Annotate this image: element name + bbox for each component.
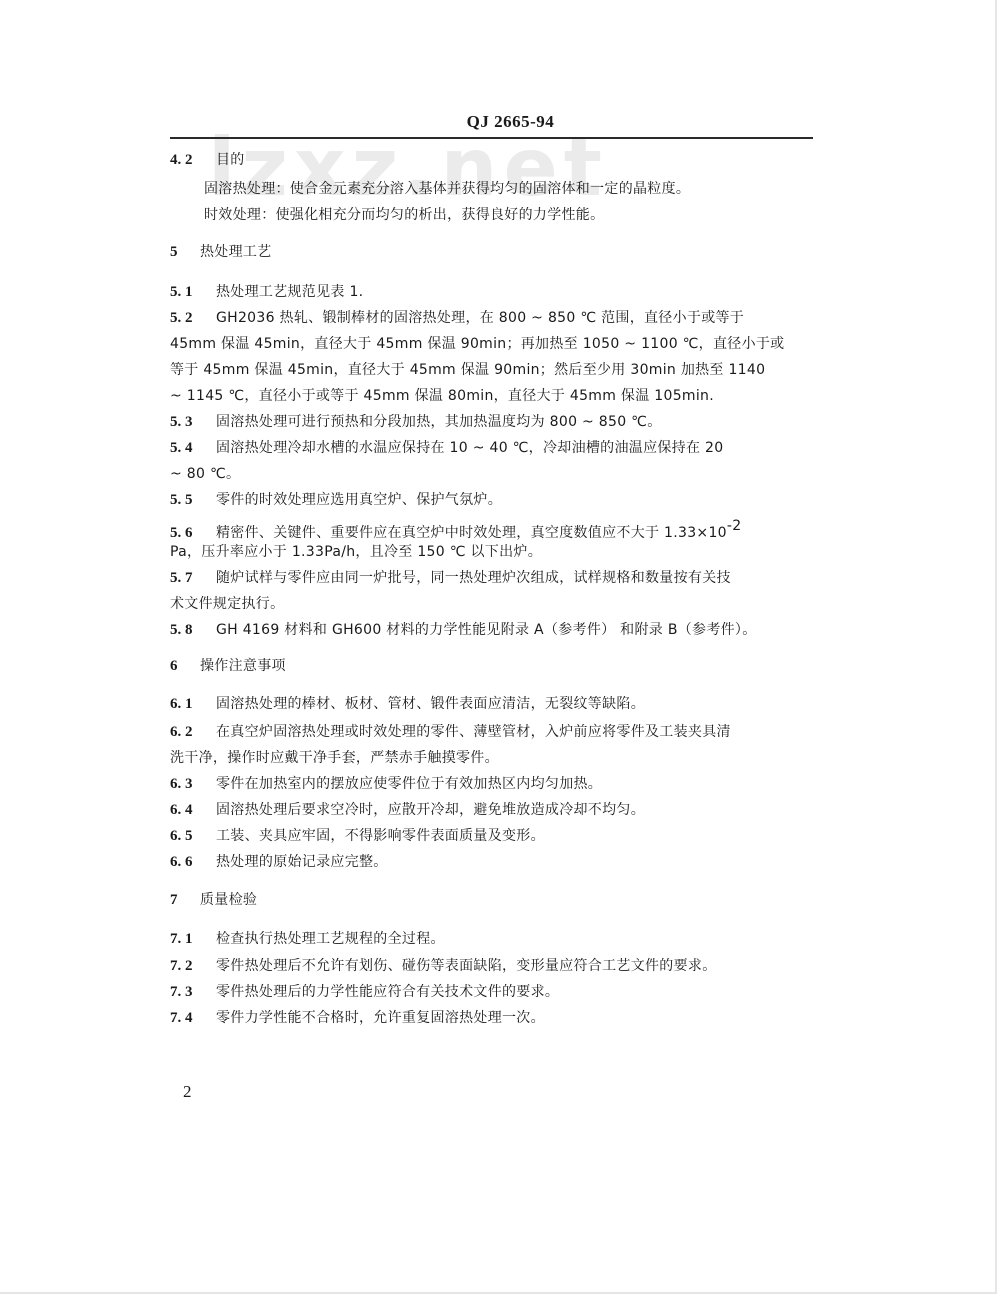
clause-text: 工装、夹具应牢固，不得影响零件表面质量及变形。 (216, 828, 545, 844)
clause-text: 等于 45mm 保温 45min，直径大于 45mm 保温 90min；然后至少… (170, 362, 765, 378)
clause-text: 在真空炉固溶热处理或时效处理的零件、薄壁管材，入炉前应将零件及工装夹具清 (216, 724, 731, 740)
clause-number: 5. 3 (170, 412, 216, 432)
clause-text: 固溶热处理后要求空冷时，应散开冷却，避免堆放造成冷却不均匀。 (216, 802, 645, 818)
page-edge-right (995, 0, 997, 1293)
clause-5-4: 5. 4固溶热处理冷却水槽的水温应保持在 10 ~ 40 ℃，冷却油槽的油温应保… (170, 438, 723, 458)
section-number: 4. 2 (170, 150, 216, 170)
section-title: 目的 (216, 152, 245, 168)
section-number: 5 (170, 242, 200, 262)
clause-text: 精密件、关键件、重要件应在真空炉中时效处理，真空度数值应不大于 1.33×10 (216, 525, 727, 541)
clause-number: 6. 3 (170, 774, 216, 794)
clause-number: 7. 4 (170, 1008, 216, 1028)
clause-6-6: 6. 6热处理的原始记录应完整。 (170, 852, 388, 872)
clause-text: 固溶热处理冷却水槽的水温应保持在 10 ~ 40 ℃，冷却油槽的油温应保持在 2… (216, 440, 723, 456)
section-4-2-heading: 4. 2目的 (170, 150, 245, 170)
clause-number: 6. 1 (170, 694, 216, 714)
clause-number: 6. 5 (170, 826, 216, 846)
superscript-exponent: -2 (727, 518, 742, 534)
clause-number: 5. 5 (170, 490, 216, 510)
clause-continuation: ~ 80 ℃。 (170, 464, 240, 484)
clause-number: 5. 1 (170, 282, 216, 302)
clause-continuation: ~ 1145 ℃，直径小于或等于 45mm 保温 80min，直径大于 45mm… (170, 386, 714, 406)
section-7-heading: 7质量检验 (170, 890, 257, 910)
section-title: 操作注意事项 (200, 658, 286, 674)
clause-6-4: 6. 4固溶热处理后要求空冷时，应散开冷却，避免堆放造成冷却不均匀。 (170, 800, 645, 820)
clause-text: ~ 1145 ℃，直径小于或等于 45mm 保温 80min，直径大于 45mm… (170, 388, 714, 404)
clause-5-5: 5. 5零件的时效处理应选用真空炉、保护气氛炉。 (170, 490, 502, 510)
section-6-heading: 6操作注意事项 (170, 656, 286, 676)
clause-5-8: 5. 8GH 4169 材料和 GH600 材料的力学性能见附录 A（参考件） … (170, 620, 757, 640)
clause-number: 5. 8 (170, 620, 216, 640)
paragraph-text: 固溶热处理：使合金元素充分溶入基体并获得均匀的固溶体和一定的晶粒度。 (204, 181, 690, 197)
section-title: 热处理工艺 (200, 244, 272, 260)
clause-7-1: 7. 1检查执行热处理工艺规程的全过程。 (170, 929, 445, 949)
document-code: QJ 2665-94 (170, 112, 813, 136)
clause-continuation: 等于 45mm 保温 45min，直径大于 45mm 保温 90min；然后至少… (170, 360, 765, 380)
clause-text: 零件力学性能不合格时，允许重复固溶热处理一次。 (216, 1010, 545, 1026)
section-5-heading: 5热处理工艺 (170, 242, 272, 262)
paragraph-text: 时效处理：使强化相充分而均匀的析出，获得良好的力学性能。 (204, 207, 604, 223)
clause-6-1: 6. 1固溶热处理的棒材、板材、管材、锻件表面应清洁，无裂纹等缺陷。 (170, 694, 645, 714)
clause-7-2: 7. 2零件热处理后不允许有划伤、碰伤等表面缺陷，变形量应符合工艺文件的要求。 (170, 956, 717, 976)
clause-5-2: 5. 2GH2036 热轧、锻制棒材的固溶热处理，在 800 ~ 850 ℃ 范… (170, 308, 744, 328)
clause-text: 热处理工艺规范见表 1. (216, 284, 363, 300)
clause-7-3: 7. 3零件热处理后的力学性能应符合有关技术文件的要求。 (170, 982, 559, 1002)
clause-text: 固溶热处理的棒材、板材、管材、锻件表面应清洁，无裂纹等缺陷。 (216, 696, 645, 712)
clause-text: Pa，压升率应小于 1.33Pa/h，且冷至 150 ℃ 以下出炉。 (170, 544, 542, 560)
clause-number: 6. 6 (170, 852, 216, 872)
page-number: 2 (183, 1082, 192, 1102)
clause-number: 7. 1 (170, 929, 216, 949)
clause-number: 7. 2 (170, 956, 216, 976)
paragraph-line: 固溶热处理：使合金元素充分溶入基体并获得均匀的固溶体和一定的晶粒度。 (170, 179, 690, 199)
section-number: 7 (170, 890, 200, 910)
clause-text: 零件热处理后不允许有划伤、碰伤等表面缺陷，变形量应符合工艺文件的要求。 (216, 958, 717, 974)
clause-5-6: 5. 6精密件、关键件、重要件应在真空炉中时效处理，真空度数值应不大于 1.33… (170, 516, 741, 536)
clause-7-4: 7. 4零件力学性能不合格时，允许重复固溶热处理一次。 (170, 1008, 545, 1028)
clause-6-3: 6. 3零件在加热室内的摆放应使零件位于有效加热区内均匀加热。 (170, 774, 602, 794)
clause-5-1: 5. 1热处理工艺规范见表 1. (170, 282, 363, 302)
header-rule (170, 137, 813, 139)
clause-number: 5. 4 (170, 438, 216, 458)
clause-text: 检查执行热处理工艺规程的全过程。 (216, 931, 445, 947)
section-number: 6 (170, 656, 200, 676)
clause-number: 5. 6 (170, 523, 216, 543)
clause-number: 6. 2 (170, 722, 216, 742)
clause-number: 5. 2 (170, 308, 216, 328)
clause-number: 5. 7 (170, 568, 216, 588)
clause-text: 洗干净，操作时应戴干净手套，严禁赤手触摸零件。 (170, 750, 499, 766)
clause-text: 随炉试样与零件应由同一炉批号，同一热处理炉次组成，试样规格和数量按有关技 (216, 570, 731, 586)
clause-text: 热处理的原始记录应完整。 (216, 854, 388, 870)
clause-5-7: 5. 7随炉试样与零件应由同一炉批号，同一热处理炉次组成，试样规格和数量按有关技 (170, 568, 731, 588)
clause-text: GH2036 热轧、锻制棒材的固溶热处理，在 800 ~ 850 ℃ 范围，直径… (216, 310, 744, 326)
paragraph-line: 时效处理：使强化相充分而均匀的析出，获得良好的力学性能。 (170, 205, 604, 225)
clause-6-5: 6. 5工装、夹具应牢固，不得影响零件表面质量及变形。 (170, 826, 545, 846)
clause-number: 6. 4 (170, 800, 216, 820)
clause-continuation: 术文件规定执行。 (170, 594, 284, 614)
clause-text: GH 4169 材料和 GH600 材料的力学性能见附录 A（参考件） 和附录 … (216, 622, 757, 638)
page-header: QJ 2665-94 (170, 112, 813, 139)
clause-continuation: Pa，压升率应小于 1.33Pa/h，且冷至 150 ℃ 以下出炉。 (170, 542, 542, 562)
clause-text: 固溶热处理可进行预热和分段加热，其加热温度均为 800 ~ 850 ℃。 (216, 414, 662, 430)
clause-6-2: 6. 2在真空炉固溶热处理或时效处理的零件、薄壁管材，入炉前应将零件及工装夹具清 (170, 722, 731, 742)
clause-text: 零件的时效处理应选用真空炉、保护气氛炉。 (216, 492, 502, 508)
section-title: 质量检验 (200, 892, 257, 908)
clause-5-3: 5. 3固溶热处理可进行预热和分段加热，其加热温度均为 800 ~ 850 ℃。 (170, 412, 662, 432)
clause-text: 术文件规定执行。 (170, 596, 284, 612)
page-edge-bottom (0, 1292, 997, 1294)
clause-text: ~ 80 ℃。 (170, 466, 240, 482)
clause-number: 7. 3 (170, 982, 216, 1002)
clause-text: 45mm 保温 45min，直径大于 45mm 保温 90min；再加热至 10… (170, 336, 784, 352)
clause-text: 零件热处理后的力学性能应符合有关技术文件的要求。 (216, 984, 559, 1000)
clause-text: 零件在加热室内的摆放应使零件位于有效加热区内均匀加热。 (216, 776, 602, 792)
clause-continuation: 洗干净，操作时应戴干净手套，严禁赤手触摸零件。 (170, 748, 499, 768)
clause-continuation: 45mm 保温 45min，直径大于 45mm 保温 90min；再加热至 10… (170, 334, 784, 354)
